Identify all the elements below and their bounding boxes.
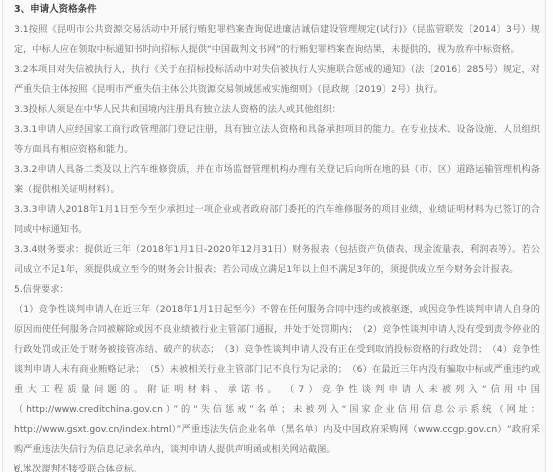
paragraph-5-credit-items: （1）竞争性谈判申请人在近三年（2018年1月1日起至今）不曾在任何服务合同中违…	[14, 300, 540, 460]
paragraph-3-2: 3.2本项目对失信被执行人，执行《关于在招标投标活动中对失信被执行人实施联合惩戒…	[14, 60, 540, 100]
paragraph-3-3-1: 3.3.1申请人应经国家工商行政管理部门登记注册，具有独立法人资格和具备承担项目…	[14, 120, 540, 160]
paragraph-3-1: 3.1按照《昆明市公共资源交易活动中开展行贿犯罪档案查询促进廉洁诚信建设管理规定…	[14, 20, 540, 60]
paragraph-3-3-4: 3.3.4财务要求：提供近三年（2018年1月1日-2020年12月31日）财务…	[14, 240, 540, 280]
paragraph-5-heading: 5.信誉要求：	[14, 280, 540, 300]
paragraph-3-3-3: 3.3.3申请人2018年1月1日至今至少承担过一项企业或者政府部门委托的汽车维…	[14, 200, 540, 240]
truncated-bottom-line	[14, 464, 76, 468]
document-text-panel: 3、申请人资格条件 3.1按照《昆明市公共资源交易活动中开展行贿犯罪档案查询促进…	[2, 0, 546, 472]
paragraph-6: 6.本次谈判不接受联合体竞标。	[14, 460, 540, 472]
paragraph-3-3: 3.3投标人须是在中华人民共和国境内注册具有独立法人资格的法人或其他组织：	[14, 100, 540, 120]
paragraph-3-3-2: 3.3.2申请人具备二类及以上汽车维修资质，并在市场监督管理机构办理有关登记后向…	[14, 160, 540, 200]
section-heading: 3、申请人资格条件	[14, 0, 540, 20]
